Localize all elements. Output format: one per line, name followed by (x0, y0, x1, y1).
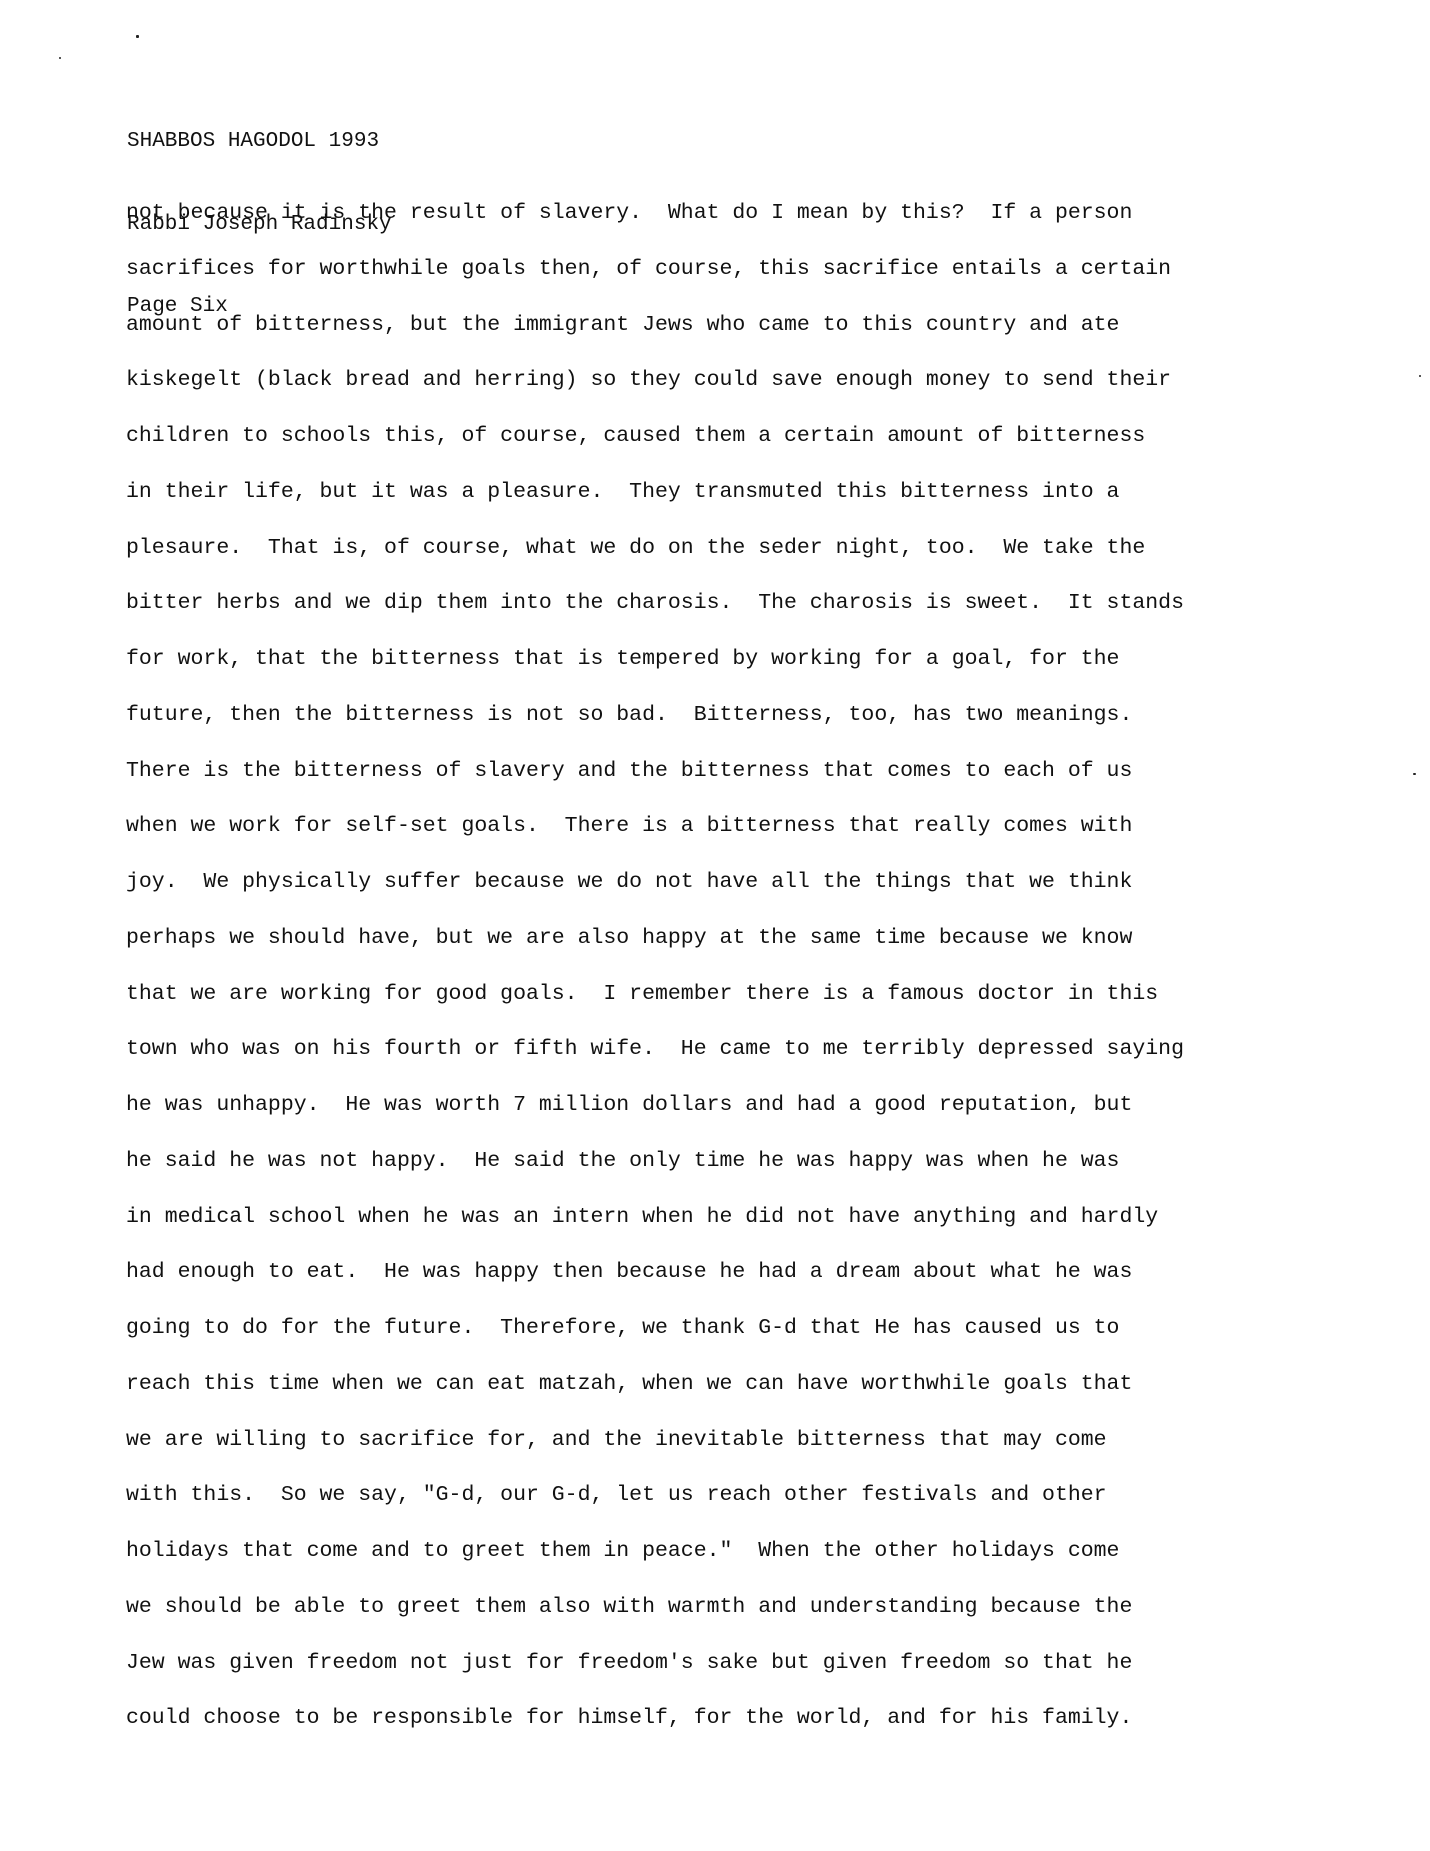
document-title: SHABBOS HAGODOL 1993 (127, 128, 392, 156)
text-line: had enough to eat. He was happy then bec… (126, 1245, 1184, 1301)
text-line: amount of bitterness, but the immigrant … (126, 298, 1184, 354)
text-line: joy. We physically suffer because we do … (126, 855, 1184, 911)
text-line: in medical school when he was an intern … (126, 1190, 1184, 1246)
text-line: town who was on his fourth or fifth wife… (126, 1022, 1184, 1078)
scan-speck (136, 35, 139, 38)
text-line: plesaure. That is, of course, what we do… (126, 521, 1184, 577)
scan-speck (1419, 375, 1421, 377)
text-line: sacrifices for worthwhile goals then, of… (126, 242, 1184, 298)
text-line: going to do for the future. Therefore, w… (126, 1301, 1184, 1357)
text-line: future, then the bitterness is not so ba… (126, 688, 1184, 744)
text-line: when we work for self-set goals. There i… (126, 799, 1184, 855)
scan-speck (59, 57, 61, 59)
text-line: we are willing to sacrifice for, and the… (126, 1413, 1184, 1469)
text-line: perhaps we should have, but we are also … (126, 911, 1184, 967)
text-line: Jew was given freedom not just for freed… (126, 1636, 1184, 1692)
text-line: we should be able to greet them also wit… (126, 1580, 1184, 1636)
text-line: There is the bitterness of slavery and t… (126, 744, 1184, 800)
text-line: reach this time when we can eat matzah, … (126, 1357, 1184, 1413)
text-line: in their life, but it was a pleasure. Th… (126, 465, 1184, 521)
text-line: not because it is the result of slavery.… (126, 186, 1184, 242)
text-line: could choose to be responsible for himse… (126, 1691, 1184, 1747)
text-line: kiskegelt (black bread and herring) so t… (126, 353, 1184, 409)
text-line: holidays that come and to greet them in … (126, 1524, 1184, 1580)
text-line: he said he was not happy. He said the on… (126, 1134, 1184, 1190)
text-line: children to schools this, of course, cau… (126, 409, 1184, 465)
text-line: he was unhappy. He was worth 7 million d… (126, 1078, 1184, 1134)
text-line: for work, that the bitterness that is te… (126, 632, 1184, 688)
text-line: with this. So we say, "G-d, our G-d, let… (126, 1468, 1184, 1524)
scan-speck (1413, 773, 1416, 775)
text-line: bitter herbs and we dip them into the ch… (126, 576, 1184, 632)
text-line: that we are working for good goals. I re… (126, 967, 1184, 1023)
document-page: SHABBOS HAGODOL 1993 Rabbi Joseph Radins… (0, 0, 1430, 1851)
document-body: not because it is the result of slavery.… (126, 186, 1184, 1747)
